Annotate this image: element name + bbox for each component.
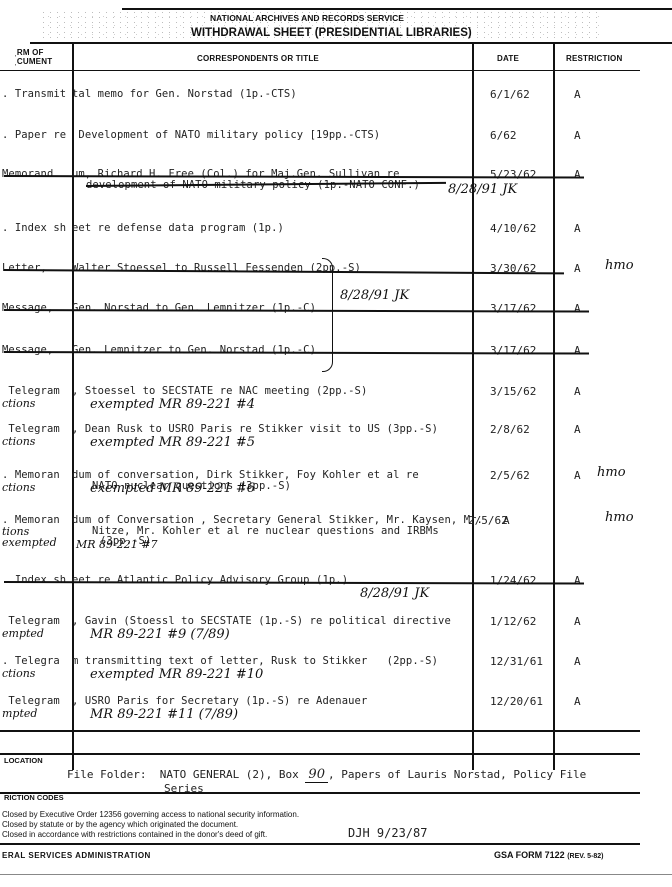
row-title: eet re Atlantic Policy Advisory Group (1… <box>72 574 348 586</box>
row-title: , Stoessel to SECSTATE re NAC meeting (2… <box>72 385 367 397</box>
row-date: 3/15/62 <box>490 385 536 398</box>
col-restriction: RESTRICTION <box>566 54 622 63</box>
row-form: . Index sh <box>2 222 66 234</box>
handwritten-margin-note: ctions <box>2 667 35 680</box>
restriction-codes-label: RICTION CODES <box>4 793 64 802</box>
form-number: GSA FORM 7122 (REV. 5-82) <box>494 850 604 860</box>
handwritten-note: MR 89-221 #7 <box>76 538 157 551</box>
col-divider-title <box>472 43 474 770</box>
location-rule <box>0 753 640 755</box>
col-date: DATE <box>497 54 519 63</box>
handwritten-margin-note: empted <box>2 627 44 640</box>
col-divider-date <box>553 43 555 770</box>
grouping-brace <box>322 258 333 372</box>
handwritten-note: 8/28/91 JK <box>360 586 429 601</box>
handwritten-margin-note: mpted <box>2 707 37 720</box>
row-date: 1/24/62 <box>490 574 536 587</box>
codes-rule <box>0 792 640 794</box>
handwritten-initials: hmo <box>605 510 634 525</box>
row-restriction: A <box>574 423 581 436</box>
restriction-code-1: Closed by Executive Order 12356 governin… <box>2 810 299 819</box>
row-date: 5/23/62 <box>490 168 536 181</box>
row-title: , Gavin (Stoessl to SECSTATE (1p.-S) re … <box>72 615 451 627</box>
row-restriction: A <box>574 615 581 628</box>
row-date: 2/5/62 <box>490 469 530 482</box>
col-form-line1: ˌRM OF <box>14 48 44 57</box>
table-bottom-rule <box>0 730 640 732</box>
row-restriction: A <box>574 129 581 142</box>
handwritten-note: MR 89-221 #11 (7/89) <box>90 707 238 722</box>
row-restriction: A <box>574 695 581 708</box>
handwritten-note: exempted MR 89-221 #10 <box>90 667 263 682</box>
row-restriction: A <box>574 168 581 181</box>
row-restriction: A <box>503 514 510 527</box>
row-restriction: A <box>574 469 581 482</box>
row-restriction: A <box>574 574 581 587</box>
row-form: . Telegra <box>2 655 60 667</box>
handwritten-initials: hmo <box>605 258 634 273</box>
handwritten-note: 8/28/91 JK <box>448 182 517 197</box>
row-form: Memorand <box>2 168 53 180</box>
bottom-edge <box>0 874 672 875</box>
row-title: eet re defense data program (1p.) <box>72 222 284 234</box>
row-restriction: A <box>574 302 581 315</box>
location-line1: File Folder: NATO GENERAL (2), Box 90, P… <box>67 767 586 783</box>
row-form: Message, <box>2 302 60 314</box>
row-title: , Dean Rusk to USRO Paris re Stikker vis… <box>72 423 438 435</box>
handwritten-margin-note: ctions <box>2 481 35 494</box>
sheet-title: WITHDRAWAL SHEET (PRESIDENTIAL LIBRARIES… <box>191 27 472 39</box>
box-number: 90 <box>305 767 328 783</box>
row-form: Message, <box>2 344 60 356</box>
reviewer-stamp: DJH 9/23/87 <box>348 826 427 840</box>
handwritten-margin-note: tions exempted <box>2 526 62 548</box>
header-bottom-rule <box>0 70 640 71</box>
row-title: Gen. Norstad to Gen. Lemnitzer (1p.-C) <box>72 302 316 314</box>
row-restriction: A <box>574 385 581 398</box>
row-form: Telegram <box>2 385 60 397</box>
row-restriction: A <box>574 88 581 101</box>
row-date: 2/8/62 <box>490 423 530 436</box>
row-date: 6/62 <box>490 129 517 142</box>
papers-text: , Papers of Lauris Norstad, Policy File <box>328 768 586 781</box>
withdrawal-sheet: NATIONAL ARCHIVES AND RECORDS SERVICE WI… <box>0 0 672 887</box>
row-restriction: A <box>574 344 581 357</box>
row-form: . Index sh <box>2 574 66 586</box>
row-form: Telegram <box>2 615 60 627</box>
row-title: , USRO Paris for Secretary (1p.-S) re Ad… <box>72 695 367 707</box>
file-folder-text: File Folder: NATO GENERAL (2), Box <box>67 768 305 781</box>
row-form: Letter, <box>2 262 53 274</box>
row-form: . Transmit <box>2 88 66 100</box>
header-rule <box>30 42 672 44</box>
location-label: LOCATION <box>4 756 43 765</box>
handwritten-margin-note: ctions <box>2 397 35 410</box>
row-title: Development of NATO military policy [19p… <box>72 129 380 141</box>
restriction-code-3: Closed in accordance with restrictions c… <box>2 830 267 839</box>
row-title: m transmitting text of letter, Rusk to S… <box>72 655 438 667</box>
footer-rule <box>0 843 640 845</box>
row-form: . Memoran <box>2 469 60 481</box>
form-id: GSA FORM 7122 <box>494 850 565 860</box>
form-revision: (REV. 5-82) <box>567 853 603 860</box>
row-date: 12/20/61 <box>490 695 543 708</box>
row-date: 3/17/62 <box>490 344 536 357</box>
row-restriction: A <box>574 222 581 235</box>
row-date: 3/17/62 <box>490 302 536 315</box>
row-restriction: A <box>574 262 581 275</box>
gsa-agency: ERAL SERVICES ADMINISTRATION <box>2 851 151 860</box>
handwritten-initials: hmo <box>597 465 626 480</box>
row-restriction: A <box>574 655 581 668</box>
col-title: CORRESPONDENTS OR TITLE <box>197 54 319 63</box>
row-form: Telegram <box>2 423 60 435</box>
row-date: 6/1/62 <box>490 88 530 101</box>
row-title: tal memo for Gen. Norstad (1p.-CTS) <box>72 88 297 100</box>
row-title: Gen. Lemnitzer to Gen. Norstad (1p.-C) <box>72 344 316 356</box>
handwritten-note: 8/28/91 JK <box>340 288 409 303</box>
row-date: 4/10/62 <box>490 222 536 235</box>
row-form: . Paper re <box>2 129 66 141</box>
row-date: 2/5/62 <box>468 514 508 527</box>
handwritten-note: exempted MR 89-221 #5 <box>90 435 255 450</box>
row-date: 1/12/62 <box>490 615 536 628</box>
row-date: 12/31/61 <box>490 655 543 668</box>
row-form: Telegram <box>2 695 60 707</box>
agency-title: NATIONAL ARCHIVES AND RECORDS SERVICE <box>210 13 404 23</box>
handwritten-margin-note: ctions <box>2 435 35 448</box>
handwritten-note: exempted MR 89-221 #4 <box>90 397 255 412</box>
restriction-code-2: Closed by statute or by the agency which… <box>2 820 238 829</box>
handwritten-note: exempted MR 89-221 #6 <box>90 481 255 496</box>
handwritten-note: MR 89-221 #9 (7/89) <box>90 627 230 642</box>
col-form-line2: ˌCUMENT <box>14 57 52 66</box>
